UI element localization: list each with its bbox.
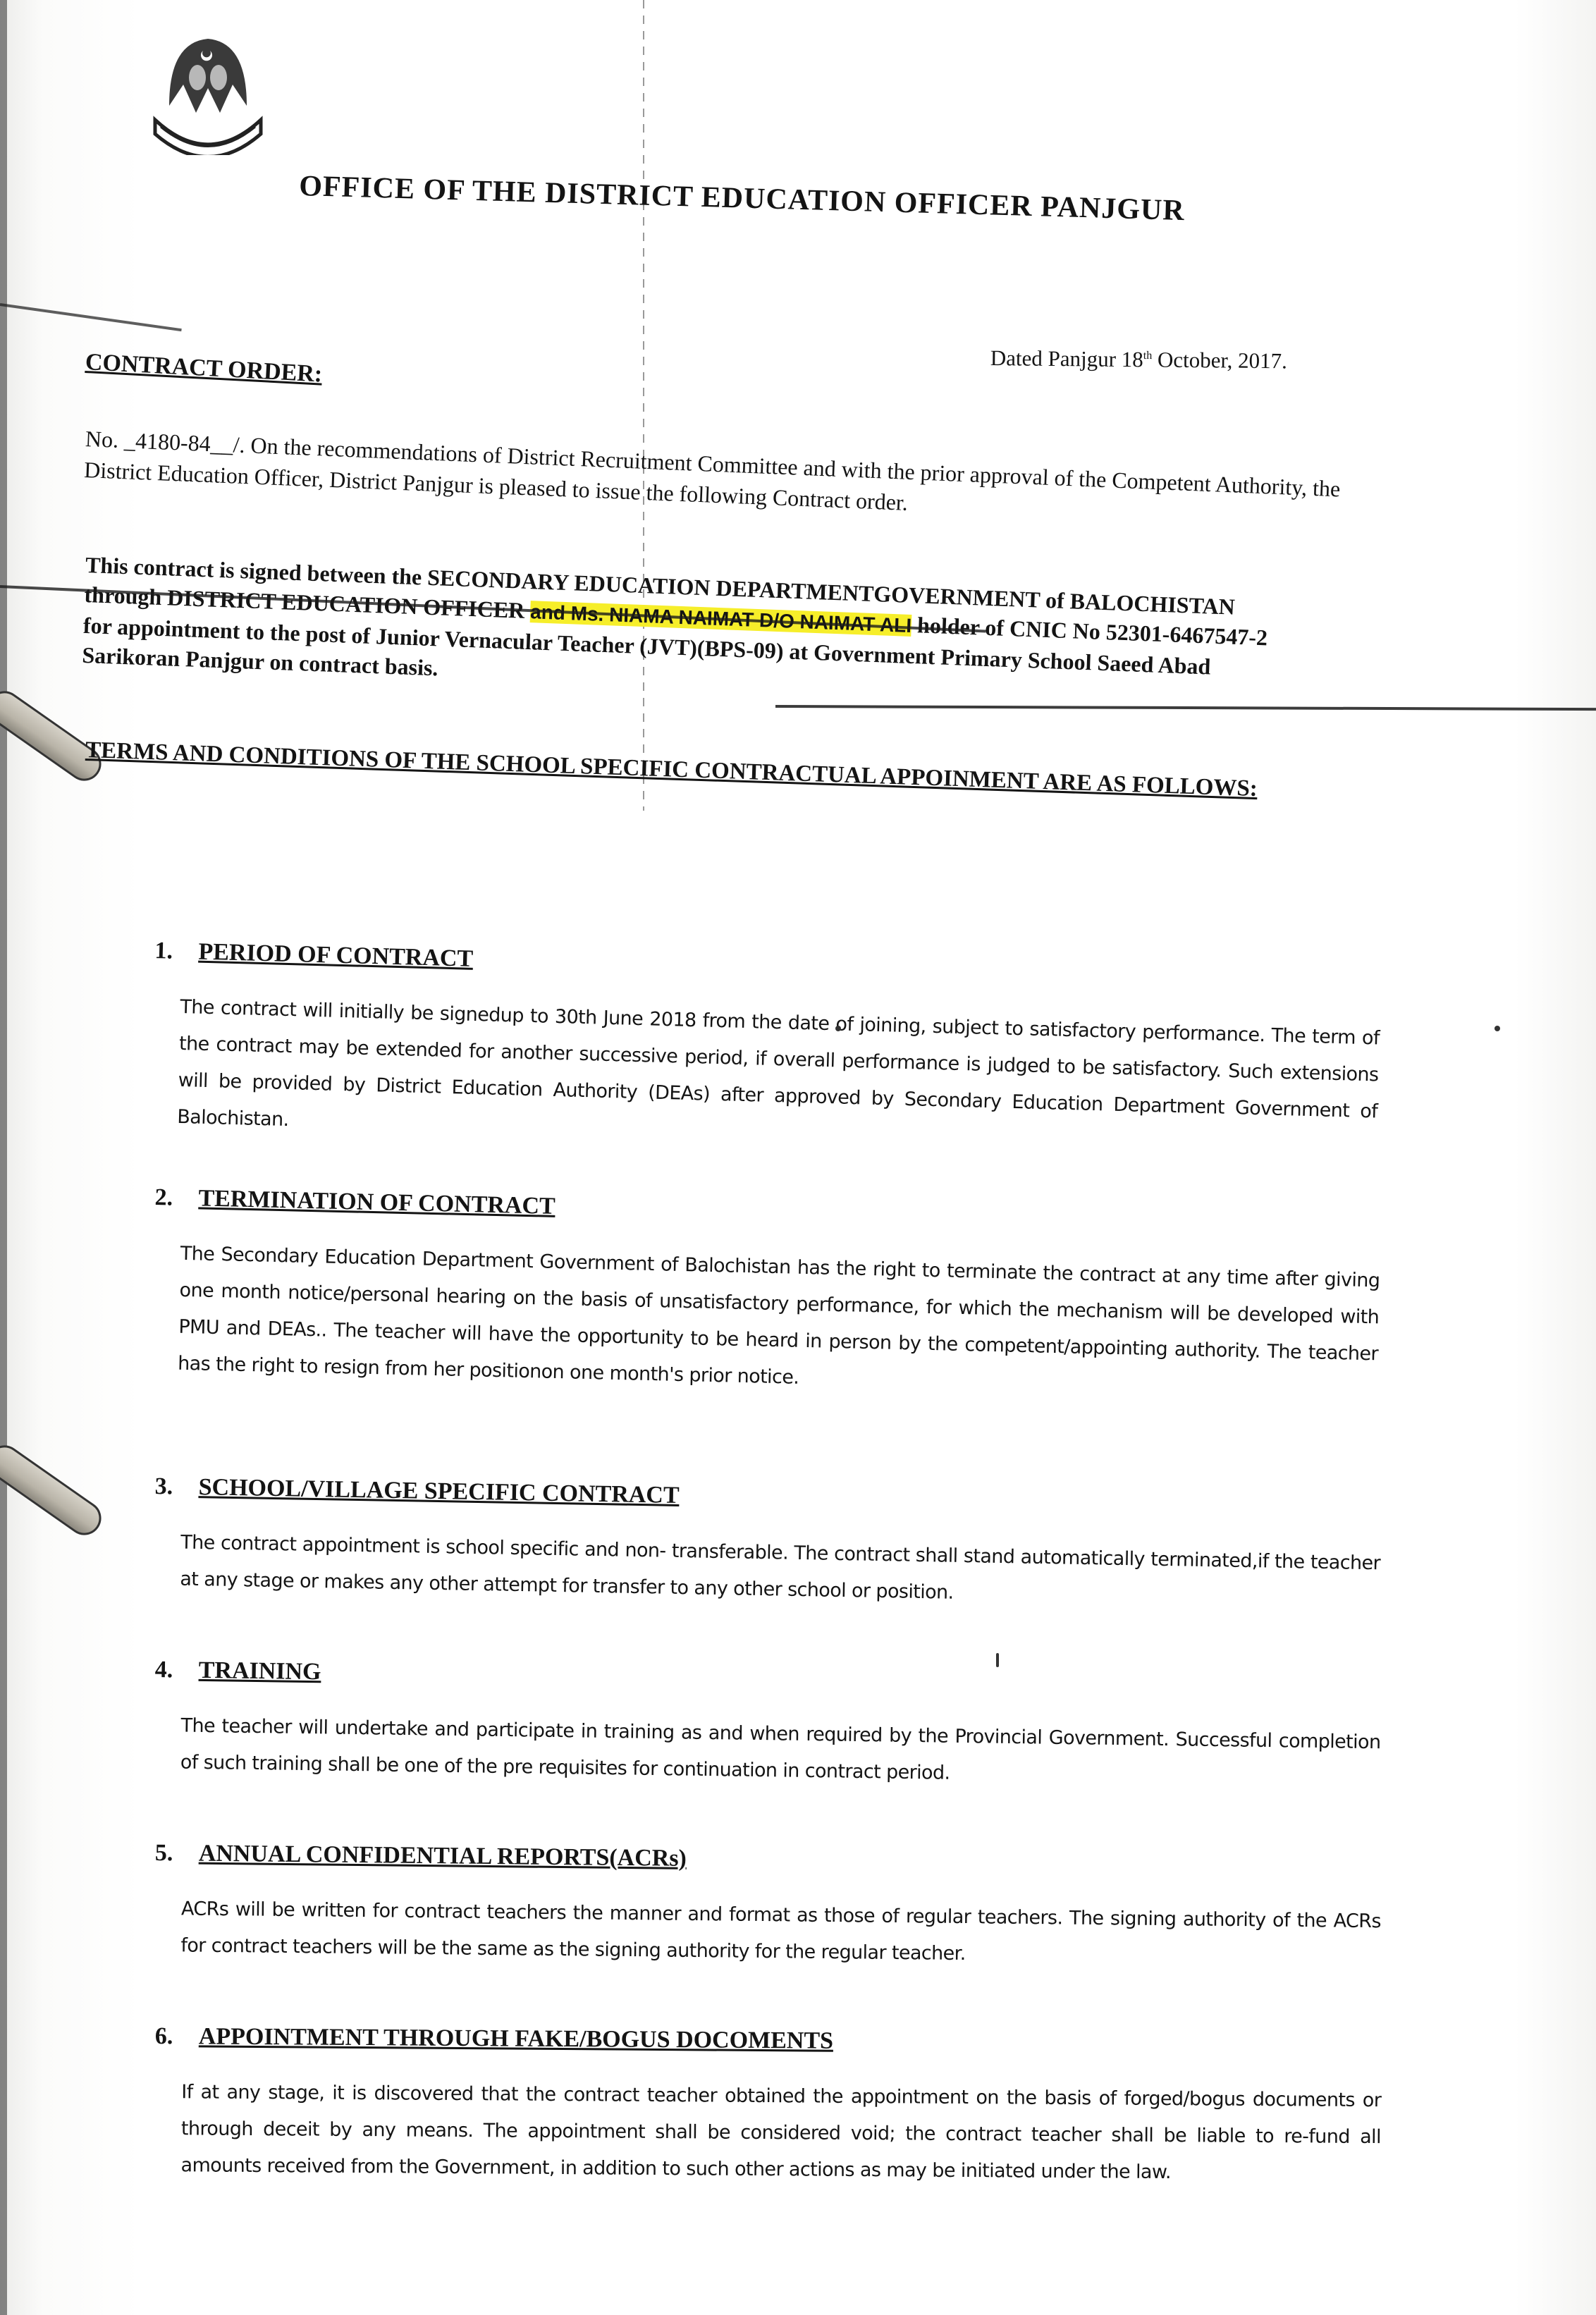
order-intro-paragraph: No. _4180-84__/. On the recommendations … — [83, 423, 1353, 536]
section-title: ANNUAL CONFIDENTIAL REPORTS(ACRs) — [199, 1841, 687, 1872]
order-intro-text: . On the recommendations of District Rec… — [84, 432, 1341, 515]
binder-ring-icon — [0, 1439, 108, 1542]
government-emblem-icon — [141, 28, 275, 155]
office-title: OFFICE OF THE DISTRICT EDUCATION OFFICER… — [299, 169, 1186, 228]
section-fake-documents: 6.APPOINTMENT THROUGH FAKE/BOGUS DOCOMEN… — [154, 2023, 1382, 2192]
contract-signing-paragraph: This contract is signed between the SECO… — [82, 550, 1298, 714]
section-title: APPOINTMENT THROUGH FAKE/BOGUS DOCOMENTS — [199, 2023, 833, 2053]
section-title: SCHOOL/VILLAGE SPECIFIC CONTRACT — [198, 1474, 680, 1509]
section-termination-of-contract: 2.TERMINATION OF CONTRACT The Secondary … — [151, 1184, 1382, 1409]
order-number-label: No. — [85, 426, 125, 453]
terms-heading: TERMS AND CONDITIONS OF THE SCHOOL SPECI… — [85, 733, 1284, 806]
section-title: PERIOD OF CONTRACT — [198, 939, 474, 972]
scanned-document-page: OFFICE OF THE DISTRICT EDUCATION OFFICER… — [0, 0, 1596, 2315]
dated-line: Dated Panjgur 18th October, 2017. — [990, 345, 1287, 374]
section-body: ACRs will be written for contract teache… — [154, 1891, 1381, 1977]
scan-artifact-line — [0, 303, 182, 331]
section-body: The teacher will undertake and participa… — [154, 1707, 1381, 1798]
section-training: 4.TRAINING The teacher will undertake an… — [154, 1657, 1382, 1798]
scan-speck — [835, 1026, 841, 1031]
scan-speck — [996, 1653, 999, 1667]
contract-order-heading: CONTRACT ORDER: — [85, 349, 323, 388]
section-title: TRAINING — [198, 1657, 321, 1685]
section-acrs: 5.ANNUAL CONFIDENTIAL REPORTS(ACRs) ACRs… — [154, 1840, 1382, 1977]
section-body: The contract appointment is school speci… — [153, 1524, 1381, 1619]
section-body: If at any stage, it is discovered that t… — [154, 2074, 1381, 2192]
scan-speck — [1494, 1026, 1500, 1031]
order-number: _4180-84__/ — [123, 427, 240, 458]
section-title: TERMINATION OF CONTRACT — [198, 1185, 555, 1219]
section-body: The Secondary Education Department Gover… — [151, 1235, 1380, 1409]
binder-edge — [0, 0, 7, 2315]
section-school-village-specific: 3.SCHOOL/VILLAGE SPECIFIC CONTRACT The c… — [153, 1473, 1382, 1619]
section-body: The contract will initially be signedup … — [150, 988, 1380, 1167]
section-period-of-contract: 1.PERIOD OF CONTRACT The contract will i… — [150, 938, 1382, 1167]
